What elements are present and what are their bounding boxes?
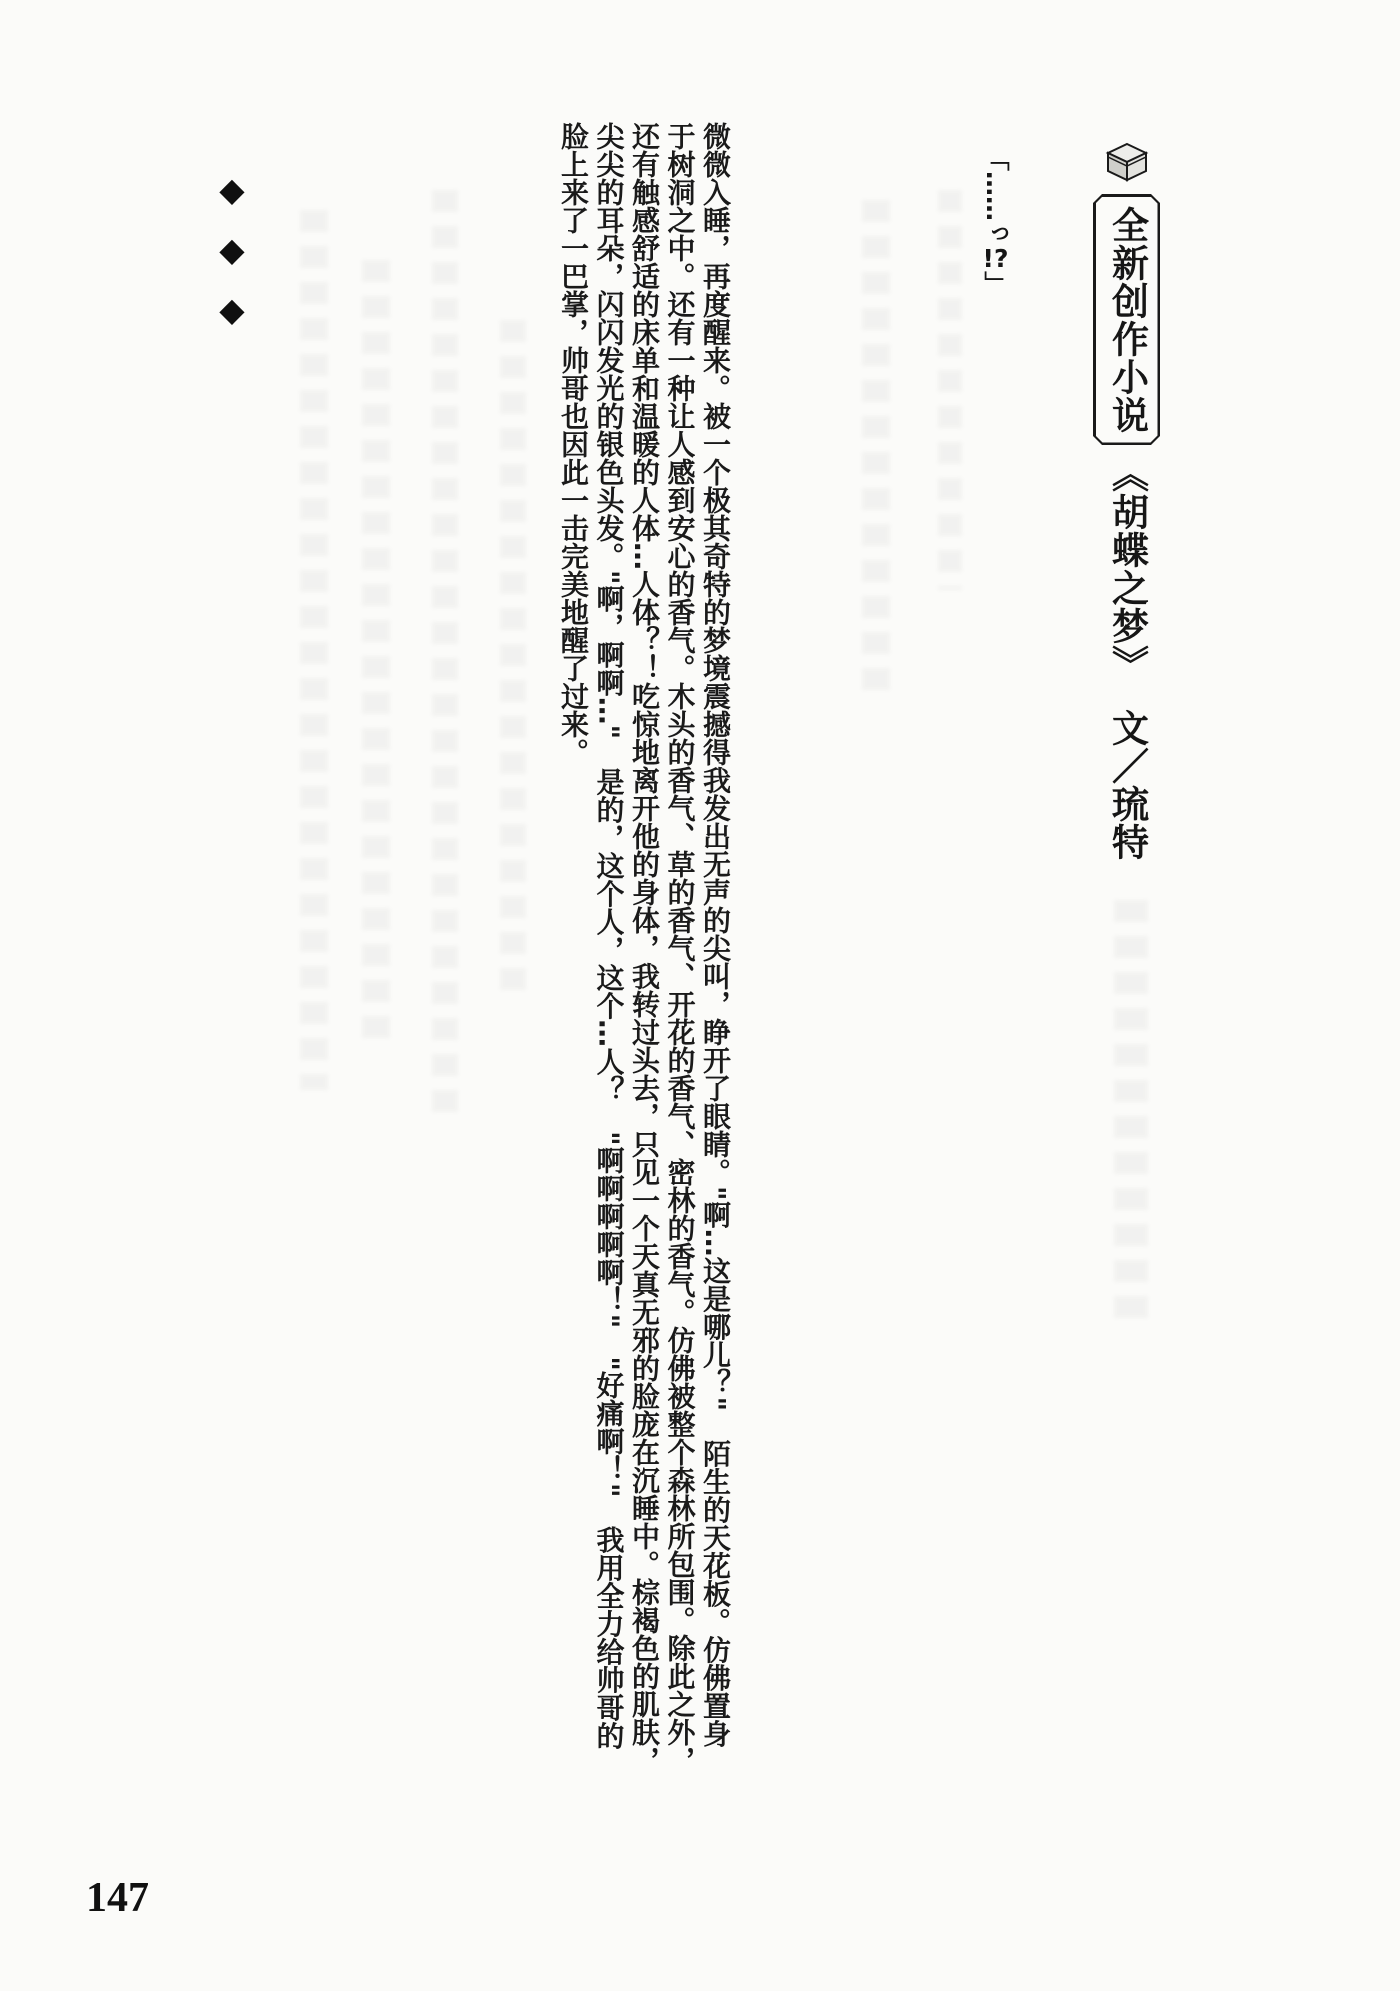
author-credit: 文／琉特 xyxy=(1098,709,1156,861)
bleed-through-artifact xyxy=(938,190,962,590)
bleed-through-artifact xyxy=(500,320,526,1000)
bleed-through-artifact xyxy=(862,200,890,700)
article-header: 全新创作小说《胡蝶之梦》文／琉特 xyxy=(1102,142,1160,861)
diamond-icon: ◆ xyxy=(212,160,252,220)
cube-icon xyxy=(1098,142,1156,182)
text-column: 微微入睡，再度醒来。被一个极其奇特的梦境震撼得我发出无声的尖叫，睁开了眼睛。"啊… xyxy=(698,122,734,1922)
series-label: 全新创作小说 xyxy=(1106,206,1149,434)
series-label-box: 全新创作小说 xyxy=(1093,194,1160,445)
text-column: 脸上来了一巴掌，帅哥也因此一击完美地醒了过来。 xyxy=(556,122,592,1922)
novel-page-scan: 全新创作小说《胡蝶之梦》文／琉特 「……っ!?」 微微入睡，再度醒来。被一个极其… xyxy=(0,0,1400,1991)
text-column: 还有触感舒适的床单和温暖的人体…人体？！吃惊地离开他的身体，我转过头去，只见一个… xyxy=(627,122,663,1922)
page-number: 147 xyxy=(86,1874,149,1922)
bleed-through-artifact xyxy=(362,260,390,1050)
callout-text: 「……っ xyxy=(981,146,1010,246)
exclamation-callout: 「……っ!?」 xyxy=(978,146,1012,296)
callout-close: 」 xyxy=(981,271,1010,296)
bleed-through-artifact xyxy=(300,210,328,1090)
story-text: 微微入睡，再度醒来。被一个极其奇特的梦境震撼得我发出无声的尖叫，睁开了眼睛。"啊… xyxy=(555,122,733,1922)
diamond-separator: ◆ ◆ ◆ xyxy=(212,160,252,340)
diamond-icon: ◆ xyxy=(212,220,252,280)
novel-title: 《胡蝶之梦》 xyxy=(1106,455,1149,683)
bleed-through-artifact xyxy=(1114,900,1148,1320)
callout-bang: !? xyxy=(981,246,1010,271)
text-column: 尖尖的耳朵，闪闪发光的银色头发。"啊，啊啊…" 是的，这个人，这个…人？ "啊啊… xyxy=(591,122,627,1922)
diamond-icon: ◆ xyxy=(212,280,252,340)
text-column: 于树洞之中。还有一种让人感到安心的香气。木头的香气、草的香气、开花的香气、密林的… xyxy=(662,122,698,1922)
bleed-through-artifact xyxy=(432,190,458,1120)
